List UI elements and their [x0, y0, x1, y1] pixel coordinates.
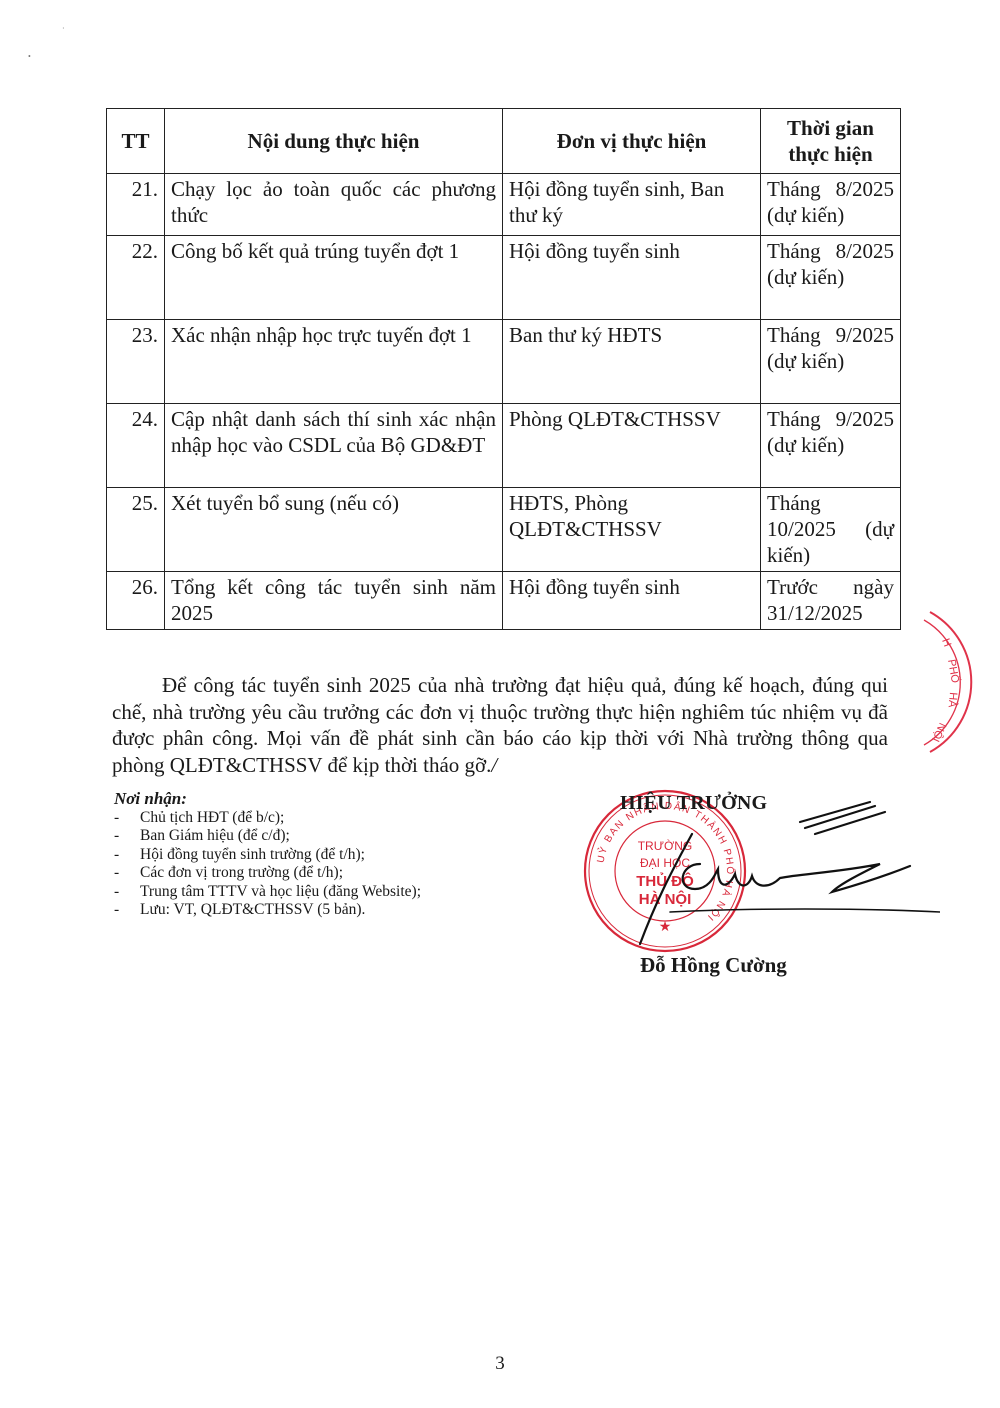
row-unit: Ban thư ký HĐTS [503, 320, 761, 404]
signer-name: Đỗ Hồng Cường [640, 953, 787, 978]
closing-paragraph-text: Để công tác tuyển sinh 2025 của nhà trườ… [112, 673, 888, 777]
row-content: Chạy lọc ảo toàn quốc các phương thức [165, 174, 503, 236]
recipient-item: Hội đồng tuyển sinh trường (để t/h); [114, 846, 534, 865]
table-row: 25. Xét tuyển bổ sung (nếu có) HĐTS, Phò… [107, 488, 901, 572]
row-number: 26. [107, 572, 165, 630]
table-row: 22. Công bố kết quả trúng tuyển đợt 1 Hộ… [107, 236, 901, 320]
row-number: 24. [107, 404, 165, 488]
row-time: Tháng 10/2025 (dự kiến) [761, 488, 901, 572]
recipient-item: Lưu: VT, QLĐT&CTHSSV (5 bản). [114, 901, 534, 920]
row-time: Trước ngày 31/12/2025 [761, 572, 901, 630]
row-time: Tháng 9/2025 (dự kiến) [761, 404, 901, 488]
header-time: Thời gian thực hiện [761, 109, 901, 174]
row-unit: Hội đồng tuyển sinh, Ban thư ký [503, 174, 761, 236]
row-content: Cập nhật danh sách thí sinh xác nhận nhậ… [165, 404, 503, 488]
recipient-item: Trung tâm TTTV và học liệu (đăng Website… [114, 883, 534, 902]
recipient-item: Ban Giám hiệu (để c/đ); [114, 827, 534, 846]
svg-text:HÀ: HÀ [946, 692, 960, 709]
recipient-item: Chủ tịch HĐT (để b/c); [114, 809, 534, 828]
recipient-item: Các đơn vị trong trường (để t/h); [114, 864, 534, 883]
signature-title: HIỆU TRƯỞNG [620, 792, 767, 815]
stamp-edge-mark: H PHỐ HÀ NỘI [900, 600, 1000, 760]
row-number: 21. [107, 174, 165, 236]
recipients-block: Nơi nhận: Chủ tịch HĐT (để b/c); Ban Giá… [114, 790, 534, 920]
row-unit: Hội đồng tuyển sinh [503, 572, 761, 630]
row-time: Tháng 9/2025 (dự kiến) [761, 320, 901, 404]
end-mark: / [491, 753, 497, 777]
row-unit: Phòng QLĐT&CTHSSV [503, 404, 761, 488]
table-row: 23. Xác nhận nhập học trực tuyến đợt 1 B… [107, 320, 901, 404]
handwritten-signature-icon [600, 794, 940, 954]
row-number: 22. [107, 236, 165, 320]
row-number: 23. [107, 320, 165, 404]
recipients-list: Chủ tịch HĐT (để b/c); Ban Giám hiệu (để… [114, 809, 534, 920]
svg-text:PHỐ: PHỐ [945, 658, 963, 684]
row-content: Tổng kết công tác tuyển sinh năm 2025 [165, 572, 503, 630]
scan-speck: · [62, 24, 65, 33]
row-content: Công bố kết quả trúng tuyển đợt 1 [165, 236, 503, 320]
recipients-title: Nơi nhận: [114, 790, 534, 809]
document-page: TT Nội dung thực hiện Đơn vị thực hiện T… [0, 0, 1000, 1408]
row-unit: HĐTS, Phòng QLĐT&CTHSSV [503, 488, 761, 572]
scan-speck: • [28, 52, 31, 61]
table-row: 21. Chạy lọc ảo toàn quốc các phương thứ… [107, 174, 901, 236]
closing-paragraph: Để công tác tuyển sinh 2025 của nhà trườ… [112, 672, 888, 778]
header-unit: Đơn vị thực hiện [503, 109, 761, 174]
row-time: Tháng 8/2025 (dự kiến) [761, 174, 901, 236]
table-row: 24. Cập nhật danh sách thí sinh xác nhận… [107, 404, 901, 488]
page-number: 3 [0, 1353, 1000, 1375]
schedule-table: TT Nội dung thực hiện Đơn vị thực hiện T… [106, 108, 901, 630]
table-row: 26. Tổng kết công tác tuyển sinh năm 202… [107, 572, 901, 630]
header-tt: TT [107, 109, 165, 174]
row-content: Xác nhận nhập học trực tuyến đợt 1 [165, 320, 503, 404]
table-header-row: TT Nội dung thực hiện Đơn vị thực hiện T… [107, 109, 901, 174]
signature-block: UỶ BAN NHÂN DÂN THÀNH PHỐ HÀ NỘI TRƯỜNG … [580, 786, 950, 986]
header-content: Nội dung thực hiện [165, 109, 503, 174]
row-time: Tháng 8/2025 (dự kiến) [761, 236, 901, 320]
row-unit: Hội đồng tuyển sinh [503, 236, 761, 320]
row-number: 25. [107, 488, 165, 572]
row-content: Xét tuyển bổ sung (nếu có) [165, 488, 503, 572]
